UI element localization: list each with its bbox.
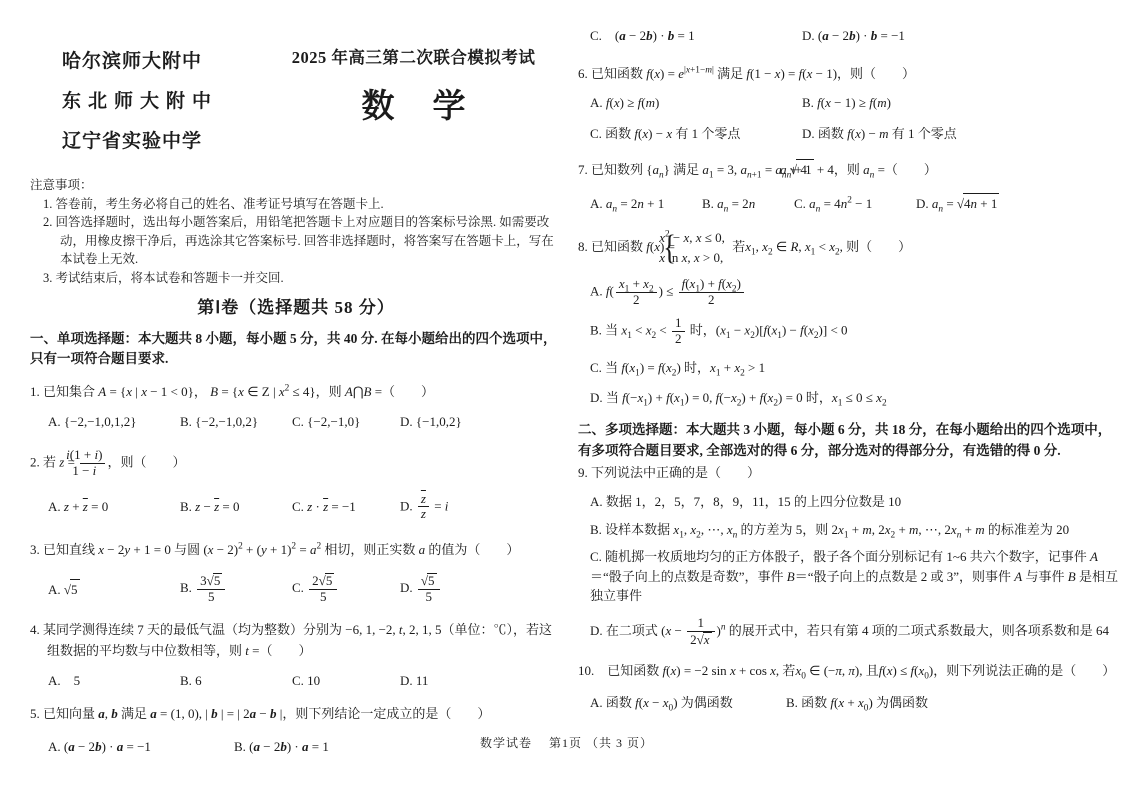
question-4-stem: 4. 某同学测得连续 7 天的最低气温（均为整数）分别为 −6, 1, −2, … — [30, 620, 562, 662]
question-9: 9. 下列说法中正确的是（ ） A. 数据 1，2，5，7，8，9，11，15 … — [578, 463, 1123, 647]
question-1-option-d: D. {−1,0,2} — [400, 412, 562, 432]
question-8-option-d: D. 当 f(−x1) + f(x1) = 0, f(−x2) + f(x2) … — [590, 388, 1123, 408]
question-3-option-b: B. 3√55 — [180, 573, 292, 605]
question-10-option-a: A. 函数 f(x − x0) 为偶函数 — [590, 693, 786, 713]
question-6-option-d: D. 函数 f(x) − m 有 1 个零点 — [802, 124, 1123, 144]
question-5-option-c: C. (a − 2b) · b = 1 — [590, 26, 802, 46]
question-2: 2. 若 z = i(1 + i)1 − i，则（ ） A. z + z = 0… — [30, 448, 562, 523]
question-7: 7. 已知数列 {an} 满足 a1 = 3, an+1 = an + 4√an… — [578, 159, 1123, 213]
question-3-stem: 3. 已知直线 x − 2y + 1 = 0 与圆 (x − 2)2 + (y … — [30, 540, 562, 561]
question-6-stem: 6. 已知函数 f(x) = e|x+1−m| 满足 f(1 − x) = f(… — [578, 64, 1123, 85]
question-8: 8. 已知函数 f(x) = {x2 − x, x ≤ 0,x ln x, x … — [578, 228, 1123, 408]
question-4-option-b: B. 6 — [180, 671, 292, 691]
question-9-stem: 9. 下列说法中正确的是（ ） — [578, 463, 1123, 484]
question-7-option-d: D. an = √4n + 1 — [916, 193, 1123, 214]
question-10: 10. 已知函数 f(x) = −2 sin x + cos x, 若x0 ∈ … — [578, 661, 1123, 713]
question-5-options-cd: C. (a − 2b) · b = 1 D. (a − 2b) · b = −1 — [578, 26, 1123, 46]
question-10-options: A. 函数 f(x − x0) 为偶函数 B. 函数 f(x + x0) 为偶函… — [578, 693, 1123, 713]
question-7-options: A. an = 2n + 1 B. an = 2n C. an = 4n2 − … — [578, 193, 1123, 214]
school-name-1: 哈尔滨师大附中 — [62, 42, 265, 82]
page-footer: 数学试卷 第1页 （共 3 页） — [0, 734, 1133, 752]
question-3: 3. 已知直线 x − 2y + 1 = 0 与圆 (x − 2)2 + (y … — [30, 540, 562, 605]
school-name-3: 辽宁省实验中学 — [62, 122, 265, 162]
question-5-option-d: D. (a − 2b) · b = −1 — [802, 26, 1123, 46]
question-10-option-b: B. 函数 f(x + x0) 为偶函数 — [786, 693, 1123, 713]
notes-block: 注意事项： 1. 答卷前，考生务必将自己的姓名、准考证号填写在答题卡上. 2. … — [30, 176, 562, 287]
question-10-stem: 10. 已知函数 f(x) = −2 sin x + cos x, 若x0 ∈ … — [578, 661, 1123, 682]
question-1-option-b: B. {−2,−1,0,2} — [180, 412, 292, 432]
question-6-options-ab: A. f(x) ≥ f(m) B. f(x − 1) ≥ f(m) — [578, 93, 1123, 113]
question-2-options: A. z + z = 0 B. z − z = 0 C. z · z = −1 … — [30, 492, 562, 523]
question-7-stem: 7. 已知数列 {an} 满足 a1 = 3, an+1 = an + 4√an… — [578, 159, 1123, 181]
right-column: C. (a − 2b) · b = 1 D. (a − 2b) · b = −1… — [578, 0, 1123, 713]
paper-header: 哈尔滨师大附中 东北师大附中 辽宁省实验中学 2025 年高三第二次联合模拟考试… — [30, 30, 562, 162]
notes-title: 注意事项： — [30, 176, 562, 195]
question-3-option-a: A. √5 — [48, 579, 180, 600]
question-6-option-c: C. 函数 f(x) − x 有 1 个零点 — [590, 124, 802, 144]
question-4-option-d: D. 11 — [400, 671, 562, 691]
question-6-options-cd: C. 函数 f(x) − x 有 1 个零点 D. 函数 f(x) − m 有 … — [578, 124, 1123, 144]
section1-title: 第Ⅰ卷（选择题共 58 分） — [30, 295, 562, 321]
question-4: 4. 某同学测得连续 7 天的最低气温（均为整数）分别为 −6, 1, −2, … — [30, 620, 562, 690]
exam-title: 2025 年高三第二次联合模拟考试 — [265, 46, 562, 71]
question-1: 1. 已知集合 A = {x | x − 1 < 0}， B = {x ∈ Z … — [30, 382, 562, 431]
question-2-option-d: D. zz = i — [400, 492, 562, 523]
question-8-option-c: C. 当 f(x1) = f(x2) 时，x1 + x2 > 1 — [590, 358, 1123, 378]
question-2-stem: 2. 若 z = i(1 + i)1 − i，则（ ） — [30, 448, 562, 479]
exam-paper-page: 哈尔滨师大附中 东北师大附中 辽宁省实验中学 2025 年高三第二次联合模拟考试… — [0, 0, 1133, 800]
question-2-option-c: C. z · z = −1 — [292, 497, 400, 517]
question-6: 6. 已知函数 f(x) = e|x+1−m| 满足 f(1 − x) = f(… — [578, 64, 1123, 144]
question-7-option-c: C. an = 4n2 − 1 — [794, 194, 916, 214]
note-item-2: 2. 回答选择题时，选出每小题答案后，用铅笔把答题卡上对应题目的答案标号涂黑. … — [30, 213, 562, 269]
subject-title: 数 学 — [265, 83, 562, 133]
question-9-option-a: A. 数据 1，2，5，7，8，9，11，15 的上四分位数是 10 — [590, 492, 1123, 512]
section2-desc: 二、多项选择题：本大题共 3 小题，每小题 6 分，共 18 分，在每小题给出的… — [578, 420, 1123, 462]
question-8-option-a: A. f(x1 + x22) ≤ f(x1) + f(x2)2 — [590, 277, 1123, 308]
note-item-3: 3. 考试结束后，将本试卷和答题卡一并交回. — [30, 269, 562, 288]
question-3-options: A. √5 B. 3√55 C. 2√55 D. √55 — [30, 573, 562, 605]
question-7-option-b: B. an = 2n — [702, 194, 794, 214]
school-name-2: 东北师大附中 — [62, 82, 265, 122]
note-item-1: 1. 答卷前，考生务必将自己的姓名、准考证号填写在答题卡上. — [30, 195, 562, 214]
question-1-options: A. {−2,−1,0,1,2} B. {−2,−1,0,2} C. {−2,−… — [30, 412, 562, 432]
question-6-option-a: A. f(x) ≥ f(m) — [590, 93, 802, 113]
question-3-option-c: C. 2√55 — [292, 573, 400, 605]
question-9-options: A. 数据 1，2，5，7，8，9，11，15 的上四分位数是 10 B. 设样… — [578, 492, 1123, 647]
question-4-option-c: C. 10 — [292, 671, 400, 691]
question-5-stem: 5. 已知向量 a, b 满足 a = (1, 0), | b | = | 2a… — [30, 704, 562, 725]
question-8-option-b: B. 当 x1 < x2 < 12 时，(x1 − x2)[f(x1) − f(… — [590, 316, 1123, 347]
school-list: 哈尔滨师大附中 东北师大附中 辽宁省实验中学 — [30, 30, 265, 162]
section1-desc: 一、单项选择题：本大题共 8 小题，每小题 5 分，共 40 分. 在每小题给出… — [30, 329, 562, 371]
title-block: 2025 年高三第二次联合模拟考试 数 学 — [265, 30, 562, 162]
question-6-option-b: B. f(x − 1) ≥ f(m) — [802, 93, 1123, 113]
question-3-option-d: D. √55 — [400, 573, 562, 605]
question-1-option-c: C. {−2,−1,0} — [292, 412, 400, 432]
question-4-option-a: A. 5 — [48, 671, 180, 691]
question-2-option-a: A. z + z = 0 — [48, 497, 180, 517]
question-9-option-c: C. 随机掷一枚质地均匀的正方体骰子，骰子各个面分别标记有 1~6 共六个数字，… — [590, 547, 1123, 606]
question-9-option-b: B. 设样本数据 x1, x2, ⋯, xn 的方差为 5，则 2x1 + m,… — [590, 520, 1123, 540]
question-7-option-a: A. an = 2n + 1 — [590, 194, 702, 214]
question-2-option-b: B. z − z = 0 — [180, 497, 292, 517]
question-4-options: A. 5 B. 6 C. 10 D. 11 — [30, 671, 562, 691]
left-column: 哈尔滨师大附中 东北师大附中 辽宁省实验中学 2025 年高三第二次联合模拟考试… — [30, 0, 562, 756]
question-1-stem: 1. 已知集合 A = {x | x − 1 < 0}， B = {x ∈ Z … — [30, 382, 562, 403]
question-8-options: A. f(x1 + x22) ≤ f(x1) + f(x2)2 B. 当 x1 … — [578, 277, 1123, 408]
question-8-stem: 8. 已知函数 f(x) = {x2 − x, x ≤ 0,x ln x, x … — [578, 228, 1123, 268]
question-9-option-d: D. 在二项式 (x − 12√x)n 的展开式中，若只有第 4 项的二项式系数… — [590, 616, 1123, 648]
question-1-option-a: A. {−2,−1,0,1,2} — [48, 412, 180, 432]
